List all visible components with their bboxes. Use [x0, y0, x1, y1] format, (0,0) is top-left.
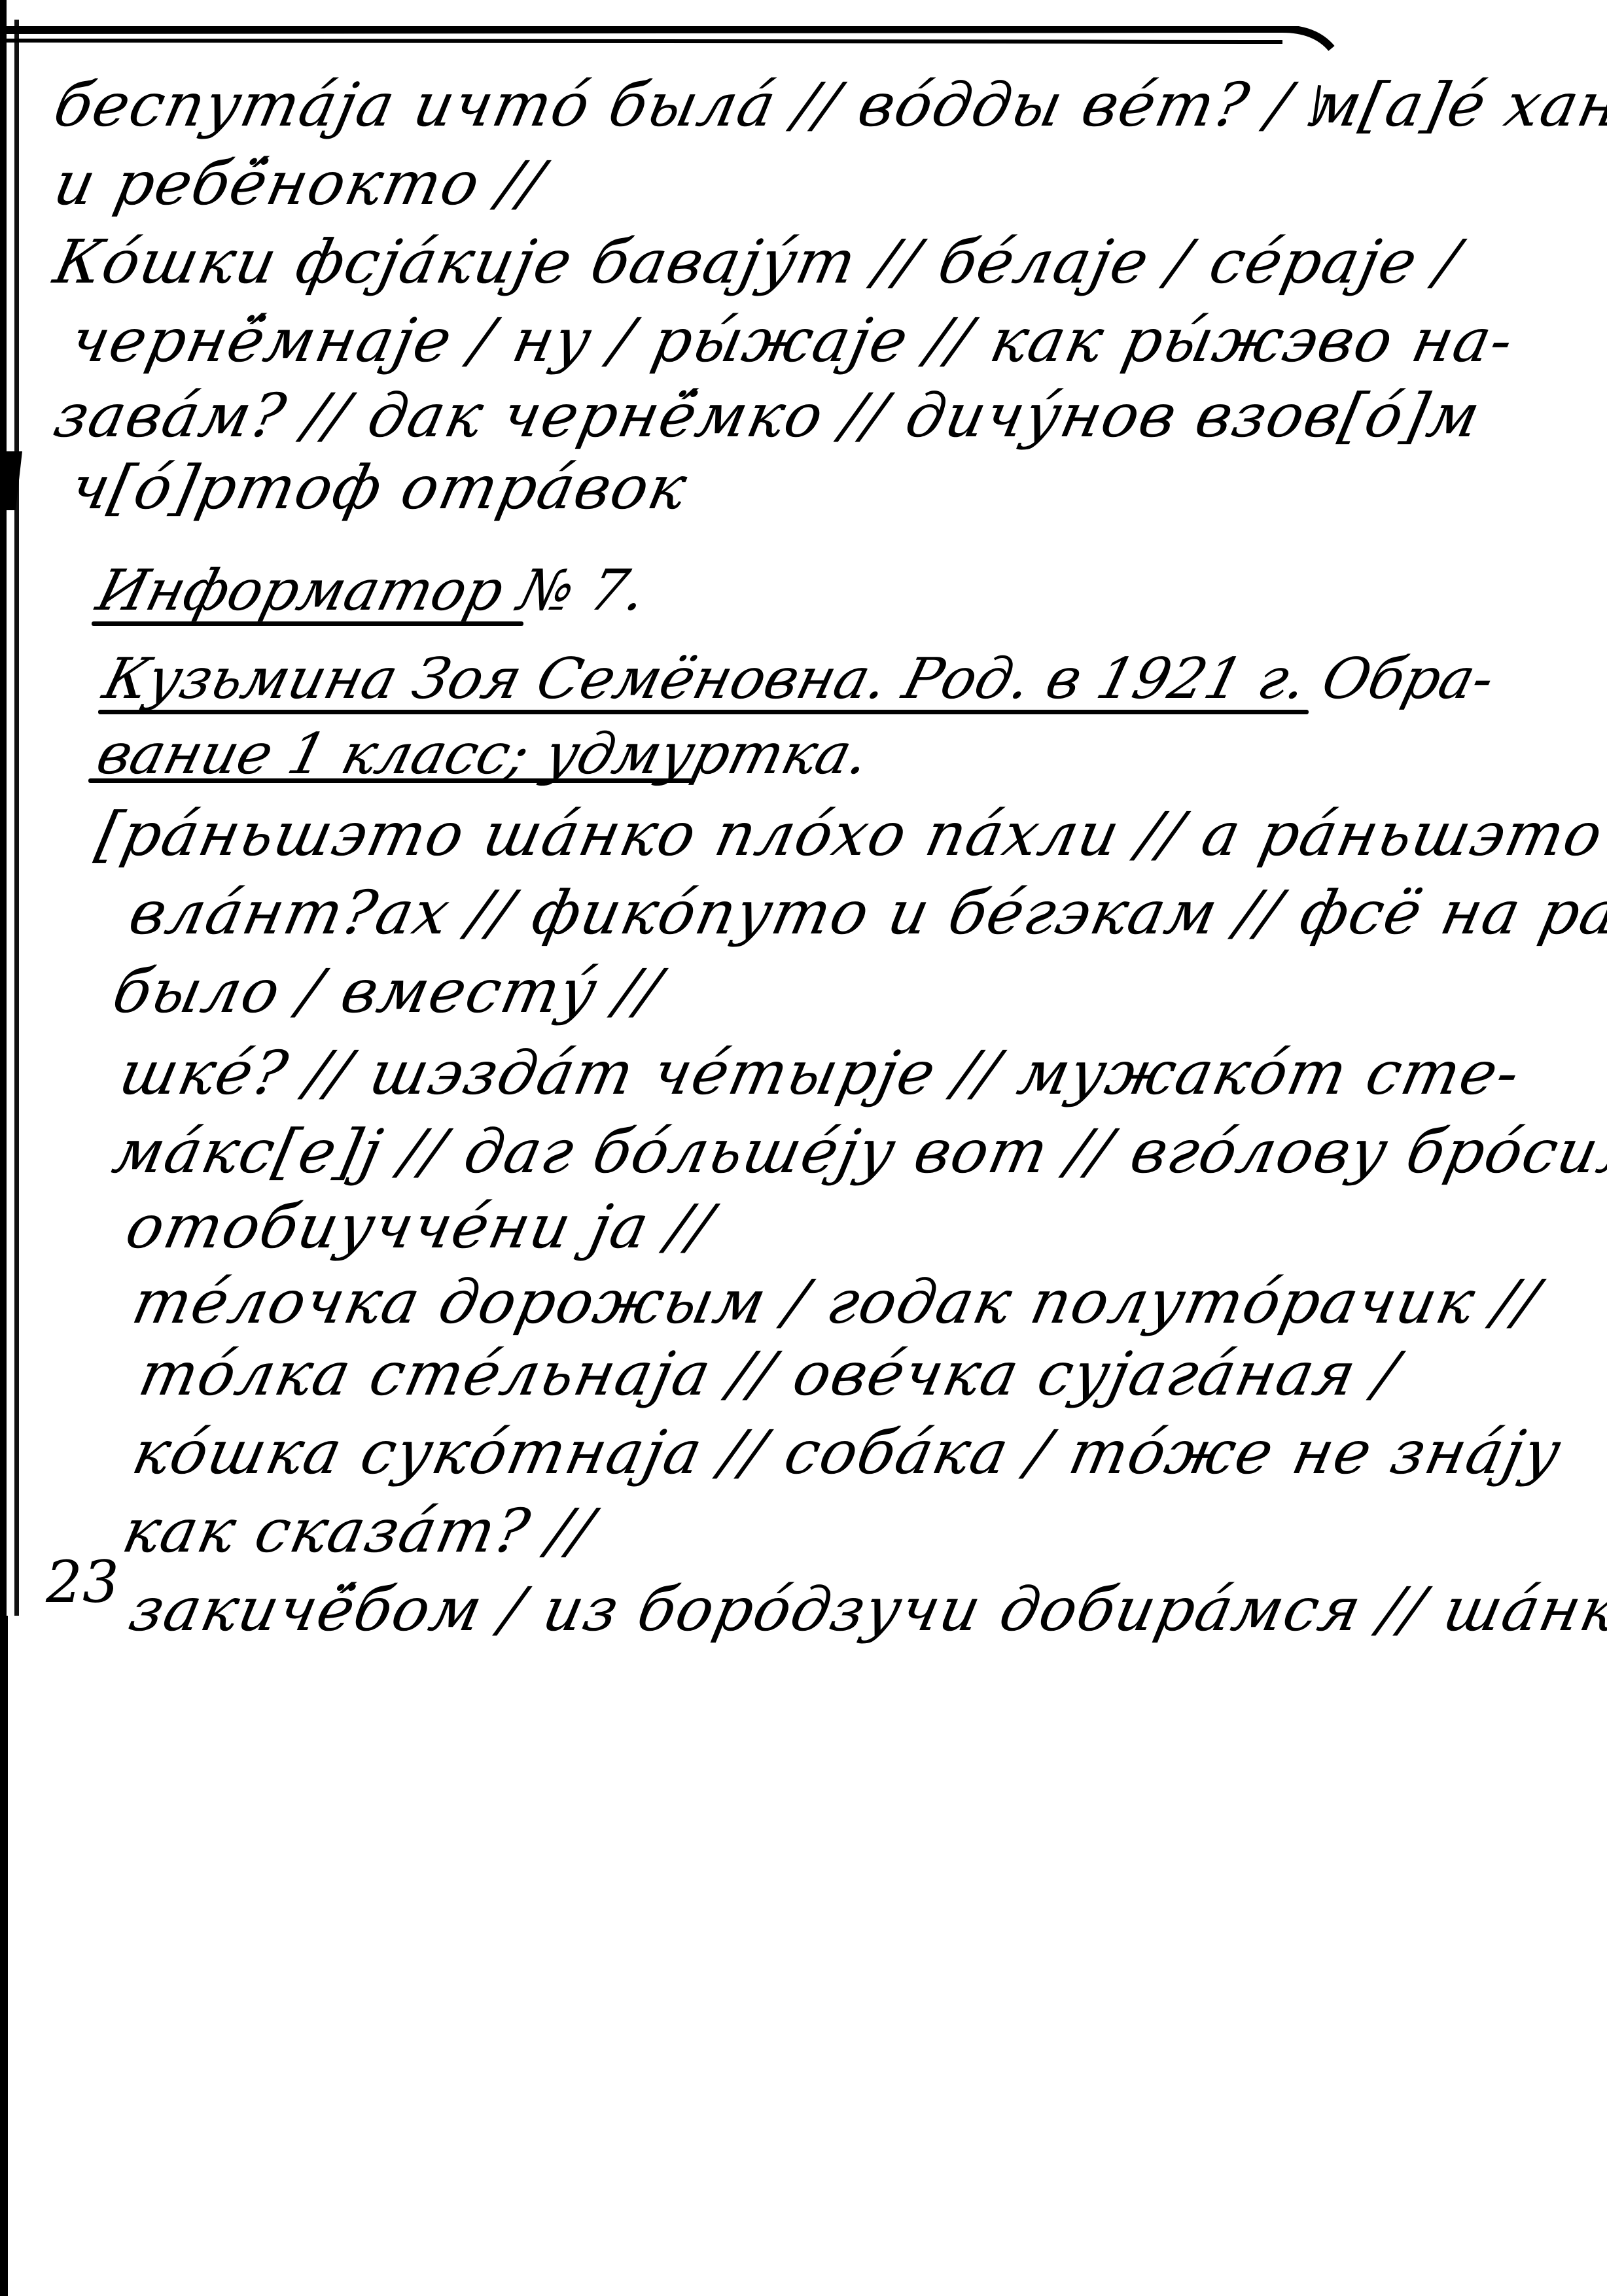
transcript-line: [ра́ньшэто ша́нко пло́хо па́хли // а ра́…: [92, 805, 1607, 865]
text-line: ч[о́]ртоф отра́вок: [65, 458, 693, 518]
top-border-rule: [0, 26, 1335, 41]
transcript-line: вла́нт?ах // фико́путо и бе́гэкам // фсё…: [124, 883, 1607, 943]
transcript-line: закичё́бом / из боро́дзучи добира́мся //…: [124, 1580, 1607, 1640]
notebook-page: беспута́ја ичто́ была́ // во́дды ве́т? /…: [0, 0, 1607, 2296]
transcript-line: как сказа́т? //: [118, 1501, 599, 1561]
details-underline-1: [98, 710, 1309, 714]
binding-inner-line: [14, 20, 19, 1616]
transcript-line: шке́? // шэзда́т че́тырје // мужако́т ст…: [115, 1043, 1526, 1104]
transcript-line: было / вместу́ //: [108, 962, 667, 1022]
text-line: и ребё́нокто //: [49, 154, 550, 214]
transcript-line: ко́шка суко́тнаја // соба́ка / то́же не …: [128, 1423, 1567, 1483]
binding-edge: [0, 0, 7, 1616]
page-number: 23: [46, 1554, 119, 1611]
informant-heading: Информатор № 7.: [92, 563, 652, 619]
binding-edge-lower: [0, 1616, 8, 2296]
informant-details-1: Кузьмина Зоя Семёновна. Род. в 1921 г. О…: [98, 651, 1500, 707]
text-line: зава́м? // дак чернё́мко // дичу́нов взо…: [49, 386, 1486, 446]
text-line: чернё́мнаје / ну / ры́жаје // как ры́жэв…: [65, 311, 1519, 371]
heading-underline: [92, 621, 523, 626]
informant-details-2: вание 1 класс; удмуртка.: [92, 726, 875, 782]
transcript-line: ма́кс[е]ј // даг бо́льше́ју вот // вго́л…: [108, 1122, 1607, 1182]
details-underline-2: [88, 778, 694, 783]
transcript-line: те́лочка дорожым / годак полуто́рачик //: [128, 1272, 1545, 1332]
text-line: беспута́ја ичто́ была́ // во́дды ве́т? /…: [49, 75, 1607, 135]
text-line: Ко́шки фсја́кије бавају́т // бе́лаје / с…: [49, 232, 1465, 292]
transcript-line: отобиучче́ни ја //: [121, 1197, 718, 1257]
transcript-line: то́лка сте́льнаја // ове́чка сујага́ная …: [134, 1344, 1404, 1404]
